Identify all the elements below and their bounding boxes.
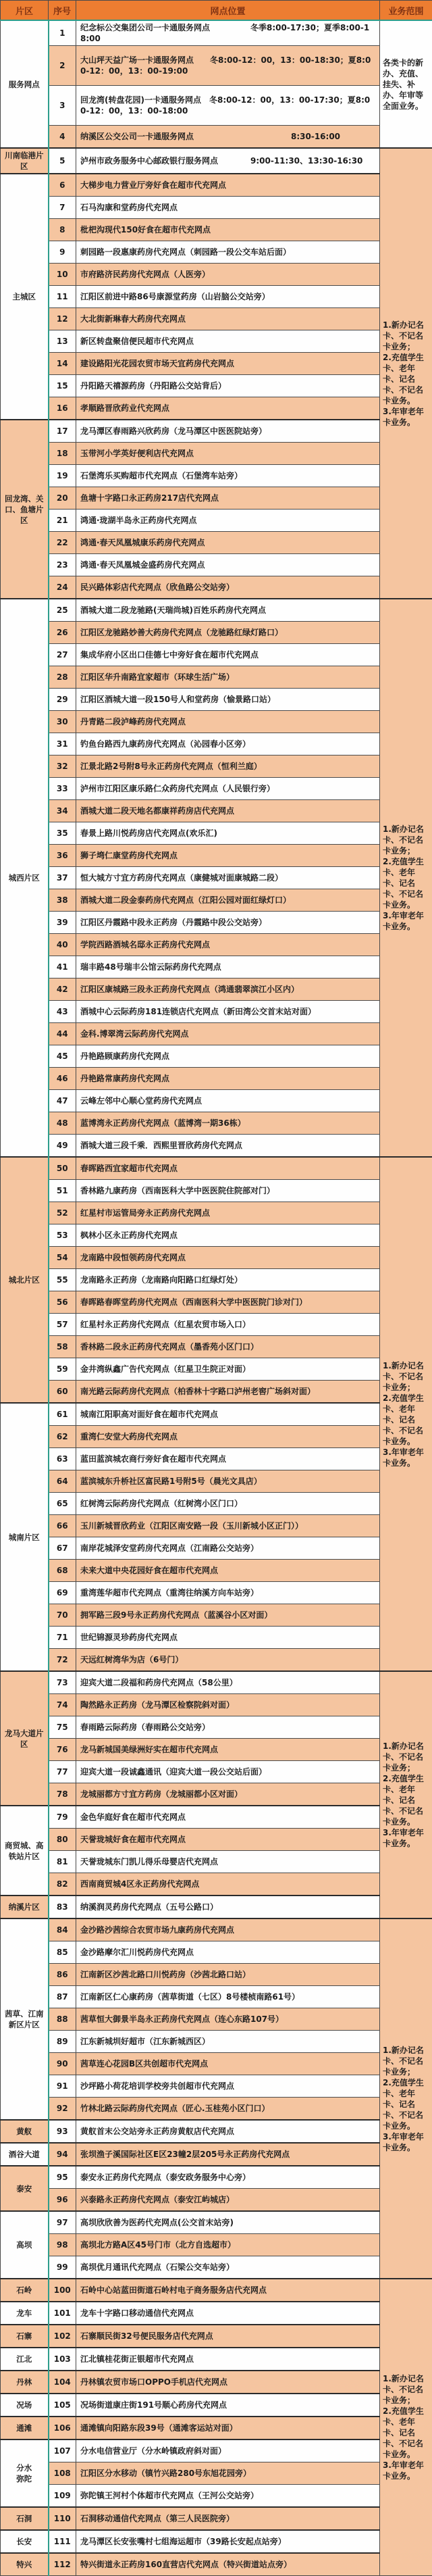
district-cell: 黄舣 — [1, 2120, 49, 2143]
table-row: 90茜草连心花园B区共创超市代充网点 — [1, 2053, 432, 2075]
location-cell: 金色华庭好食在超市代充网点 — [76, 1806, 380, 1829]
district-cell: 丹林 — [1, 2371, 49, 2394]
location-cell: 江阳区前进中路86号康源堂药房（山岩脑公交站旁） — [76, 286, 380, 308]
row-number-cell: 12 — [49, 308, 76, 330]
row-number-cell: 84 — [49, 1918, 76, 1941]
row-number-cell: 29 — [49, 689, 76, 711]
table-row: 39江阳区丹霞路中段永正药房（丹霞路中段公交站旁） — [1, 912, 432, 934]
table-row: 57红星村永正药房代充网点（红星农贸市场入口） — [1, 1314, 432, 1336]
row-number-cell: 17 — [49, 420, 76, 443]
row-number-cell: 39 — [49, 912, 76, 934]
location-cell: 龙马新城国美绿洲好实在超市代充网点 — [76, 1739, 380, 1761]
row-number-cell: 111 — [49, 2530, 76, 2553]
location-cell: 龙马潭区春雨路兴欣药房（龙马潭区中医医院站旁） — [76, 420, 380, 443]
row-number-cell: 76 — [49, 1739, 76, 1761]
location-cell: 江阳区康城路三段永正药房代充网点（鸿通翡翠滨江小区内） — [76, 979, 380, 1001]
location-cell: 石寨顺民街32号便民服务店代充网点 — [76, 2325, 380, 2348]
location-cell: 龙南路中段恒领药房代充网点 — [76, 1247, 380, 1269]
table-row: 主城区6大梯步电力营业厅旁好食在超市代充网点 — [1, 174, 432, 197]
row-number-cell: 58 — [49, 1336, 76, 1358]
location-cell: 学院西路酒城名邸永正药房代充网点 — [76, 934, 380, 956]
location-cell: 南岸花城泽安堂药房代充网点（江南路公交站旁） — [76, 1537, 380, 1560]
row-number-cell: 28 — [49, 666, 76, 689]
location-cell: 丹艳路顾康药房代充网点 — [76, 1045, 380, 1068]
district-cell: 服务网点 — [1, 20, 49, 148]
location-cell: 恒大城方寸宜方药房代充网点（康健城对面康城路二段） — [76, 867, 380, 889]
location-cell: 龙车十字路口移动通信代充网点 — [76, 2302, 380, 2325]
row-number-cell: 44 — [49, 1023, 76, 1045]
row-number-cell: 65 — [49, 1493, 76, 1515]
row-number-cell: 49 — [49, 1135, 76, 1158]
table-row: 41瑞丰路48号瑞丰公馆云际药房代充网点 — [1, 956, 432, 979]
table-row: 91沙坪路小荷花培训学校旁共创超市代充网点 — [1, 2075, 432, 2098]
table-row: 15丹阳路天禧源药房（丹阳路公交站背后） — [1, 375, 432, 397]
table-row: 60南光路云际药房代充网点（柏香林十字路口泸州老窖广场斜对面） — [1, 1381, 432, 1404]
location-cell: 酒城大道二段龙驰路(天瑞尚城)百姓乐药房代充网点 — [76, 599, 380, 622]
row-number-cell: 23 — [49, 554, 76, 576]
table-row: 32江景北路2号附8号永正药房代充网点（恒利兰庭） — [1, 756, 432, 778]
row-number-cell: 105 — [49, 2394, 76, 2417]
header-location: 网点位置 — [76, 1, 380, 21]
location-cell: 纳溪润灵药房代充网点（五号公路口） — [76, 1896, 380, 1918]
row-number-cell: 42 — [49, 979, 76, 1001]
location-cell: 玉带河小学英好便利店代充网点 — [76, 443, 380, 465]
row-number-cell: 25 — [49, 599, 76, 622]
location-cell: 重湾仁安堂大药房代充网点 — [76, 1426, 380, 1448]
location-cell: 大北街新琳春大药房代充网点 — [76, 308, 380, 330]
row-number-cell: 54 — [49, 1247, 76, 1269]
table-row: 16孝顺路晋欣药业代充网点 — [1, 397, 432, 420]
table-row: 55龙南路永正药房（龙南路向阳路口红绿灯处） — [1, 1269, 432, 1291]
location-cell: 刺园路一段惠康药房代充网点（刺园路一段公交车站后面） — [76, 241, 380, 264]
table-row: 96兴泰路永正药房代充网点（泰安江屿城店） — [1, 2189, 432, 2212]
row-number-cell: 16 — [49, 397, 76, 420]
scope-cell: 各类卡的新办、充值、挂失、补办、年审等全面业务。 — [380, 20, 432, 148]
table-row: 98高坝北方路A区45号门市（北方自选超市） — [1, 2234, 432, 2256]
table-row: 4纳溪区公交公司一卡通服务网点 8:30-16:00 — [1, 126, 432, 149]
location-cell: 集成华府小区出口佳德七中旁好食在超市代充网点 — [76, 644, 380, 666]
row-number-cell: 43 — [49, 1001, 76, 1023]
table-row: 49酒城大道三段千乘．西熙里晋欣药房代充网点 — [1, 1135, 432, 1158]
location-cell: 黄舣首末公交站旁永正药房黄舣店代充网点 — [76, 2120, 380, 2143]
location-cell: 高坝北方路A区45号门市（北方自选超市） — [76, 2234, 380, 2256]
table-row: 42江阳区康城路三段永正药房代充网点（鸿通翡翠滨江小区内） — [1, 979, 432, 1001]
location-cell: 泸州市江阳区康乐路仁众药房代充网点（人民银行旁） — [76, 778, 380, 800]
row-number-cell: 34 — [49, 800, 76, 822]
scope-cell: 1.新办记名卡、不记名卡业务； 2.充值学生卡、老年卡、记名卡、不记名卡业务。 … — [380, 1918, 432, 2279]
row-number-cell: 32 — [49, 756, 76, 778]
location-cell: 鸿通·春天凤凰城康乐药房代充网点 — [76, 532, 380, 554]
row-number-cell: 24 — [49, 576, 76, 599]
row-number-cell: 77 — [49, 1761, 76, 1783]
row-number-cell: 66 — [49, 1515, 76, 1537]
row-number-cell: 81 — [49, 1851, 76, 1873]
row-number-cell: 68 — [49, 1560, 76, 1582]
location-cell: 丹艳路常康药房代充网点 — [76, 1068, 380, 1090]
table-row: 109弥陀镇王河村个体超市代充网点（王河公交站旁） — [1, 2485, 432, 2508]
district-cell: 石寨 — [1, 2325, 49, 2348]
district-cell: 长安 — [1, 2530, 49, 2553]
table-row: 23鸿通·春天凤凰城金盛药房代充网点 — [1, 554, 432, 576]
table-row: 30丹青路二段泸峰药房代充网点 — [1, 711, 432, 733]
location-cell: 蓝滨城东升桥社区富民路1号附5号（晨光文具店） — [76, 1470, 380, 1493]
table-row: 76龙马新城国美绿洲好实在超市代充网点 — [1, 1739, 432, 1761]
location-cell: 泸州市政务服务中心邮政银行服务网点 9:00-11:30、13:30-16:30 — [76, 148, 380, 174]
district-cell: 况场 — [1, 2394, 49, 2417]
table-row: 石岭100石岭中心站蓝田街道石岭村电子商务服务店代充网点1.新办记名卡、不记名卡… — [1, 2279, 432, 2302]
location-cell: 江景北路2号附8号永正药房代充网点（恒利兰庭） — [76, 756, 380, 778]
row-number-cell: 60 — [49, 1381, 76, 1404]
location-cell: 香林路二段永正药房代充网点（墨香苑小区门口） — [76, 1336, 380, 1358]
table-row: 72天远红树湾华为店（6号门） — [1, 1649, 432, 1672]
scope-cell: 1.新办记名卡、不记名卡业务； 2.充值学生卡、老年卡、记名卡、不记名卡业务。 … — [380, 2279, 432, 2576]
table-row: 44金科.博翠湾云际药房代充网点 — [1, 1023, 432, 1045]
table-row: 酒谷大道94张坝渔子溪国际社区E区23幢2层205号永正药房代充网点 — [1, 2143, 432, 2166]
table-row: 71世纪锦源灵珍药房代充网点 — [1, 1627, 432, 1649]
row-number-cell: 112 — [49, 2553, 76, 2576]
row-number-cell: 2 — [49, 46, 76, 86]
district-cell: 龙车 — [1, 2302, 49, 2325]
table-row: 3回龙湾(转盘花园)一卡通服务网点 冬8:00-12：00，13：00-17:3… — [1, 86, 432, 126]
table-row: 58香林路二段永正药房代充网点（墨香苑小区门口） — [1, 1336, 432, 1358]
location-cell: 石马沟康和堂药房代充网点 — [76, 197, 380, 219]
header-district: 片区 — [1, 1, 49, 21]
row-number-cell: 19 — [49, 465, 76, 487]
location-cell: 回龙湾(转盘花园)一卡通服务网点 冬8:00-12：00，13：00-17:30… — [76, 86, 380, 126]
row-number-cell: 10 — [49, 264, 76, 286]
location-cell: 况场街道康庄街191号顺心药房代充网点 — [76, 2394, 380, 2417]
row-number-cell: 3 — [49, 86, 76, 126]
location-cell: 高坝优月通讯代充网点（石梁公交车站旁） — [76, 2256, 380, 2279]
table-row: 服务网点1纪念标公交集团公司一卡通服务网点 冬季8:00-17:30；夏季8:0… — [1, 20, 432, 46]
table-row: 龙车101龙车十字路口移动通信代充网点 — [1, 2302, 432, 2325]
location-cell: 市府路济民药房代充网点（人医旁） — [76, 264, 380, 286]
row-number-cell: 101 — [49, 2302, 76, 2325]
table-row: 99高坝优月通讯代充网点（石梁公交车站旁） — [1, 2256, 432, 2279]
row-number-cell: 78 — [49, 1783, 76, 1806]
location-cell: 酒城中心云际药房181连锁店代充网点（新田湾公交首末站对面） — [76, 1001, 380, 1023]
row-number-cell: 8 — [49, 219, 76, 241]
location-cell: 鸿通·珑湖半岛永正药房代充网点 — [76, 510, 380, 532]
row-number-cell: 80 — [49, 1829, 76, 1851]
location-cell: 高坝欣欣善为医药代充网点(公交首末站旁) — [76, 2211, 380, 2234]
table-row: 茜草、江南新区片区84金沙路沙茜综合农贸市场九康药房代充网点1.新办记名卡、不记… — [1, 1918, 432, 1941]
row-number-cell: 51 — [49, 1180, 76, 1202]
table-row: 77迎宾大道一段诚鑫通讯（迎宾大道一段公交站后面） — [1, 1761, 432, 1783]
location-cell: 春景上路川悦药房店代充网点(欢乐汇) — [76, 822, 380, 845]
table-row: 68未来大道中央花园好食在超市代充网点 — [1, 1560, 432, 1582]
location-cell: 江阳区华升南路宜家超市（环球生活广场） — [76, 666, 380, 689]
table-row: 20鱼塘十字路口永正药房217店代充网点 — [1, 487, 432, 510]
table-row: 59金井湾纵鑫广告代充网点（红星卫生院正对面） — [1, 1358, 432, 1381]
district-cell: 川南临港片区 — [1, 148, 49, 174]
location-cell: 香林路九康药房（西南医科大学中医医院住院部对门） — [76, 1180, 380, 1202]
row-number-cell: 67 — [49, 1537, 76, 1560]
row-number-cell: 9 — [49, 241, 76, 264]
row-number-cell: 41 — [49, 956, 76, 979]
district-cell: 回龙湾、关口、鱼塘片区 — [1, 420, 49, 599]
row-number-cell: 7 — [49, 197, 76, 219]
row-number-cell: 109 — [49, 2485, 76, 2508]
district-cell: 江北 — [1, 2348, 49, 2371]
location-cell: 枫林小区永正药房代充网点 — [76, 1224, 380, 1247]
location-cell: 玉川新城晋欣药业（江阳区南安路一段（玉川新城小区正门）） — [76, 1515, 380, 1537]
table-row: 丹林104丹林镇农贸市场口OPPO手机店代充网点 — [1, 2371, 432, 2394]
location-cell: 江北镇桂花街正银超市代充网点 — [76, 2348, 380, 2371]
location-cell: 酒城大道三段千乘．西熙里晋欣药房代充网点 — [76, 1135, 380, 1158]
row-number-cell: 48 — [49, 1112, 76, 1135]
row-number-cell: 11 — [49, 286, 76, 308]
location-cell: 纳溪区公交公司一卡通服务网点 8:30-16:00 — [76, 126, 380, 149]
location-cell: 通滩镇向阳路东段39号（通滩客运站对面） — [76, 2417, 380, 2439]
row-number-cell: 91 — [49, 2075, 76, 2098]
district-cell: 分水 弥陀 — [1, 2439, 49, 2507]
row-number-cell: 75 — [49, 1716, 76, 1739]
table-row: 86江南新区沙茜北路口川悦药房（沙茜北路口站） — [1, 1964, 432, 1986]
table-row: 况场105况场街道康庄街191号顺心药房代充网点 — [1, 2394, 432, 2417]
scope-cell: 1.新办记名卡、不记名卡业务； 2.充值学生卡、老年卡、记名卡、不记名卡业务。 … — [380, 148, 432, 599]
district-cell: 主城区 — [1, 174, 49, 420]
row-number-cell: 52 — [49, 1202, 76, 1224]
row-number-cell: 93 — [49, 2120, 76, 2143]
table-row: 33泸州市江阳区康乐路仁众药房代充网点（人民银行旁） — [1, 778, 432, 800]
table-row: 川南临港片区5泸州市政务服务中心邮政银行服务网点 9:00-11:30、13:3… — [1, 148, 432, 174]
location-cell: 石岭中心站蓝田街道石岭村电子商务服务店代充网点 — [76, 2279, 380, 2302]
location-cell: 鱼塘十字路口永正药房217店代充网点 — [76, 487, 380, 510]
row-number-cell: 100 — [49, 2279, 76, 2302]
table-row: 47云峰左邻中心顺心堂药房代充网点 — [1, 1090, 432, 1112]
table-row: 46丹艳路常康药房代充网点 — [1, 1068, 432, 1090]
table-row: 18玉带河小学英好便利店代充网点 — [1, 443, 432, 465]
location-cell: 茜草连心花园B区共创超市代充网点 — [76, 2053, 380, 2075]
table-row: 22鸿通·春天凤凰城康乐药房代充网点 — [1, 532, 432, 554]
district-cell: 特兴 — [1, 2553, 49, 2576]
table-row: 45丹艳路顾康药房代充网点 — [1, 1045, 432, 1068]
district-cell: 泰安 — [1, 2166, 49, 2211]
row-number-cell: 47 — [49, 1090, 76, 1112]
location-cell: 石洞移动通信代充网点（第三人民医院旁） — [76, 2507, 380, 2530]
row-number-cell: 37 — [49, 867, 76, 889]
scope-cell: 1.新办记名卡、不记名卡业务； 2.充值学生卡、老年卡、记名卡、不记名卡业务。 … — [380, 1157, 432, 1671]
table-row: 43酒城中心云际药房181连锁店代充网点（新田湾公交首末站对面） — [1, 1001, 432, 1023]
row-number-cell: 104 — [49, 2371, 76, 2394]
row-number-cell: 90 — [49, 2053, 76, 2075]
table-row: 商贸城、高铁站片区79金色华庭好食在超市代充网点 — [1, 1806, 432, 1829]
table-row: 28江阳区华升南路宜家超市（环球生活广场） — [1, 666, 432, 689]
row-number-cell: 56 — [49, 1291, 76, 1314]
row-number-cell: 6 — [49, 174, 76, 197]
table-row: 石寨102石寨顺民街32号便民服务店代充网点 — [1, 2325, 432, 2348]
row-number-cell: 14 — [49, 353, 76, 375]
table-row: 城南片区61城南江阳职高对面好食在超市代充网点 — [1, 1403, 432, 1426]
table-row: 53枫林小区永正药房代充网点 — [1, 1224, 432, 1247]
table-row: 81天誉珑城东门凯儿得乐母婴店代充网点 — [1, 1851, 432, 1873]
row-number-cell: 38 — [49, 889, 76, 912]
location-cell: 石堡湾乐买购超市代充网点（石堡湾车站旁） — [76, 465, 380, 487]
row-number-cell: 89 — [49, 2031, 76, 2053]
row-number-cell: 107 — [49, 2439, 76, 2462]
row-number-cell: 57 — [49, 1314, 76, 1336]
district-cell: 通滩 — [1, 2417, 49, 2439]
table-row: 36狮子塆仁康堂药房代充网点 — [1, 845, 432, 867]
location-cell: 鸿通·春天凤凰城金盛药房代充网点 — [76, 554, 380, 576]
table-row: 64蓝滨城东升桥社区富民路1号附5号（晨光文具店） — [1, 1470, 432, 1493]
table-row: 75春雨路云际药房（春雨路公交站旁） — [1, 1716, 432, 1739]
scope-cell: 1.新办记名卡、不记名卡业务； 2.充值学生卡、老年卡、记名卡、不记名卡业务。 … — [380, 599, 432, 1157]
row-number-cell: 26 — [49, 622, 76, 644]
row-number-cell: 30 — [49, 711, 76, 733]
table-row: 48蓝博湾永正药房代充网点（蓝博湾一期36栋） — [1, 1112, 432, 1135]
row-number-cell: 50 — [49, 1157, 76, 1180]
row-number-cell: 46 — [49, 1068, 76, 1090]
table-row: 11江阳区前进中路86号康源堂药房（山岩脑公交站旁） — [1, 286, 432, 308]
row-number-cell: 64 — [49, 1470, 76, 1493]
row-number-cell: 87 — [49, 1986, 76, 2008]
table-row: 21鸿通·珑湖半岛永正药房代充网点 — [1, 510, 432, 532]
row-number-cell: 83 — [49, 1896, 76, 1918]
table-row: 62重湾仁安堂大药房代充网点 — [1, 1426, 432, 1448]
table-row: 10市府路济民药房代充网点（人医旁） — [1, 264, 432, 286]
row-number-cell: 21 — [49, 510, 76, 532]
table-header: 片区 序号 网点位置 业务范围 — [1, 1, 432, 21]
row-number-cell: 86 — [49, 1964, 76, 1986]
location-cell: 红星村市运管局旁永正药房代充网点 — [76, 1202, 380, 1224]
table-row: 19石堡湾乐买购超市代充网点（石堡湾车站旁） — [1, 465, 432, 487]
scope-cell: 1.新办记名卡、不记名卡业务； 2.充值学生卡、老年卡、记名卡、不记名卡业务。 … — [380, 1671, 432, 1918]
row-number-cell: 74 — [49, 1694, 76, 1716]
table-row: 38酒城大道二段金泰药房代充网点（江阳公园对面红绿灯口） — [1, 889, 432, 912]
location-cell: 张坝渔子溪国际社区E区23幢2层205号永正药房代充网点 — [76, 2143, 380, 2166]
row-number-cell: 53 — [49, 1224, 76, 1247]
location-cell: 南光路云际药房代充网点（柏香林十字路口泸州老窖广场斜对面） — [76, 1381, 380, 1404]
location-cell: 春晖路西宜家超市代充网点 — [76, 1157, 380, 1180]
location-cell: 茜草恒大御景半岛永正药房代充网点（连心东路107号） — [76, 2008, 380, 2031]
row-number-cell: 55 — [49, 1269, 76, 1291]
location-cell: 建设路阳光花园农贸市场天宜药房代充网点 — [76, 353, 380, 375]
location-cell: 西南商贸城4区永正药房代充网点 — [76, 1873, 380, 1896]
location-cell: 竹林北路云际药房代充网点（匠心.玉桂苑小区门口） — [76, 2098, 380, 2121]
table-row: 74陶然路永正药房（龙马潭区检察院斜对面） — [1, 1694, 432, 1716]
table-row: 泰安95泰安永正药房代充网点（泰安政务服务中心旁） — [1, 2166, 432, 2189]
table-row: 70拥军路三段9号永正药房代充网点（蓝溪谷小区对面） — [1, 1604, 432, 1627]
location-cell: 江南新区仁心康药房（茜草街道（七区）8号楼桢南路61号） — [76, 1986, 380, 2008]
location-cell: 孝顺路晋欣药业代充网点 — [76, 397, 380, 420]
table-row: 89江东新城圳好超市（江东新城西区） — [1, 2031, 432, 2053]
row-number-cell: 31 — [49, 733, 76, 756]
table-row: 27集成华府小区出口佳德七中旁好食在超市代充网点 — [1, 644, 432, 666]
location-cell: 天远红树湾华为店（6号门） — [76, 1649, 380, 1672]
table-row: 特兴112特兴街道永正药房160直营店代充网点（特兴街道站点旁） — [1, 2553, 432, 2576]
location-cell: 江阳区龙驰路妙善大药房代充网点（龙驰路红绿灯路口） — [76, 622, 380, 644]
row-number-cell: 108 — [49, 2462, 76, 2485]
row-number-cell: 36 — [49, 845, 76, 867]
location-cell: 红树湾云际药房代充网点（红树湾小区门口） — [76, 1493, 380, 1515]
row-number-cell: 95 — [49, 2166, 76, 2189]
table-row: 分水 弥陀107分水电信营业厅（分水岭镇政府斜对面） — [1, 2439, 432, 2462]
service-network-table: 片区 序号 网点位置 业务范围 服务网点1纪念标公交集团公司一卡通服务网点 冬季… — [0, 0, 432, 2576]
table-row: 66玉川新城晋欣药业（江阳区南安路一段（玉川新城小区正门）） — [1, 1515, 432, 1537]
location-cell: 金沙路沙茜综合农贸市场九康药房代充网点 — [76, 1918, 380, 1941]
district-cell: 石洞 — [1, 2507, 49, 2530]
location-cell: 丹林镇农贸市场口OPPO手机店代充网点 — [76, 2371, 380, 2394]
location-cell: 拥军路三段9号永正药房代充网点（蓝溪谷小区对面） — [76, 1604, 380, 1627]
location-cell: 金沙路摩尔汇川悦药房代充网点 — [76, 1941, 380, 1964]
district-cell: 城南片区 — [1, 1403, 49, 1671]
location-cell: 龙南路永正药房（龙南路向阳路口红绿灯处） — [76, 1269, 380, 1291]
row-number-cell: 20 — [49, 487, 76, 510]
location-cell: 金井湾纵鑫广告代充网点（红星卫生院正对面） — [76, 1358, 380, 1381]
table-row: 8枇杷沟现代150好食在超市代充网点 — [1, 219, 432, 241]
location-cell: 春雨路云际药房（春雨路公交站旁） — [76, 1716, 380, 1739]
location-cell: 迎宾大道一段诚鑫通讯（迎宾大道一段公交站后面） — [76, 1761, 380, 1783]
location-cell: 蓝博湾永正药房代充网点（蓝博湾一期36栋） — [76, 1112, 380, 1135]
location-cell: 红星村永正药房代充网点（红星农贸市场入口） — [76, 1314, 380, 1336]
row-number-cell: 99 — [49, 2256, 76, 2279]
row-number-cell: 88 — [49, 2008, 76, 2031]
table-row: 29江阳区酒城大道一段150号人和堂药房（愉景路口站） — [1, 689, 432, 711]
location-cell: 蓝田蓝滨城农商行旁好食在超市代充网点 — [76, 1448, 380, 1470]
location-cell: 天誉珑城东门凯儿得乐母婴店代充网点 — [76, 1851, 380, 1873]
table-row: 龙马大道片区73迎宾大道二段福和药房代充网点（58公里）1.新办记名卡、不记名卡… — [1, 1671, 432, 1694]
district-cell: 酒谷大道 — [1, 2143, 49, 2166]
district-cell: 高坝 — [1, 2211, 49, 2279]
location-cell: 丹青路二段泸峰药房代充网点 — [76, 711, 380, 733]
row-number-cell: 97 — [49, 2211, 76, 2234]
row-number-cell: 35 — [49, 822, 76, 845]
location-cell: 兴泰路永正药房代充网点（泰安江屿城店） — [76, 2189, 380, 2212]
location-cell: 春晖路春晖堂药房代充网点（西南医科大学中医医院门诊对门） — [76, 1291, 380, 1314]
location-cell: 龙城丽都方寸宜方药房（龙城丽都小区对面） — [76, 1783, 380, 1806]
row-number-cell: 27 — [49, 644, 76, 666]
row-number-cell: 73 — [49, 1671, 76, 1694]
table-row: 34酒城大道二段天地名都康祥药房店代充网点 — [1, 800, 432, 822]
table-row: 35春景上路川悦药房店代充网点(欢乐汇) — [1, 822, 432, 845]
row-number-cell: 96 — [49, 2189, 76, 2212]
table-row: 37恒大城方寸宜方药房代充网点（康健城对面康城路二段） — [1, 867, 432, 889]
table-row: 88茜草恒大御景半岛永正药房代充网点（连心东路107号） — [1, 2008, 432, 2031]
district-cell: 纳溪片区 — [1, 1896, 49, 1918]
row-number-cell: 94 — [49, 2143, 76, 2166]
table-row: 80天誉珑城好食在超市代充网点 — [1, 1829, 432, 1851]
table-body: 服务网点1纪念标公交集团公司一卡通服务网点 冬季8:00-17:30；夏季8:0… — [1, 20, 432, 2576]
location-cell: 酒城大道二段天地名都康祥药房店代充网点 — [76, 800, 380, 822]
table-row: 51香林路九康药房（西南医科大学中医医院住院部对门） — [1, 1180, 432, 1202]
location-cell: 丹阳路天禧源药房（丹阳路公交站背后） — [76, 375, 380, 397]
location-cell: 未来大道中央花园好食在超市代充网点 — [76, 1560, 380, 1582]
district-cell: 龙马大道片区 — [1, 1671, 49, 1806]
row-number-cell: 79 — [49, 1806, 76, 1829]
location-cell: 大山坪天益广场一卡通服务网点 冬8:00-12：00，13：00-18:30；夏… — [76, 46, 380, 86]
row-number-cell: 72 — [49, 1649, 76, 1672]
table-row: 65红树湾云际药房代充网点（红树湾小区门口） — [1, 1493, 432, 1515]
location-cell: 酒城大道二段金泰药房代充网点（江阳公园对面红绿灯口） — [76, 889, 380, 912]
row-number-cell: 45 — [49, 1045, 76, 1068]
district-cell: 茜草、江南新区片区 — [1, 1918, 49, 2120]
row-number-cell: 63 — [49, 1448, 76, 1470]
table-row: 52红星村市运管局旁永正药房代充网点 — [1, 1202, 432, 1224]
table-row: 12大北街新琳春大药房代充网点 — [1, 308, 432, 330]
row-number-cell: 98 — [49, 2234, 76, 2256]
table-row: 31钓鱼台路西九康药房代充网点（沁园春小区旁） — [1, 733, 432, 756]
location-cell: 新区转盘聚信便民超市代充网点 — [76, 330, 380, 353]
location-cell: 迎宾大道二段福和药房代充网点（58公里） — [76, 1671, 380, 1694]
district-cell: 石岭 — [1, 2279, 49, 2302]
row-number-cell: 85 — [49, 1941, 76, 1964]
row-number-cell: 69 — [49, 1582, 76, 1604]
location-cell: 城南江阳职高对面好食在超市代充网点 — [76, 1403, 380, 1426]
table-row: 城北片区50春晖路西宜家超市代充网点1.新办记名卡、不记名卡业务； 2.充值学生… — [1, 1157, 432, 1180]
row-number-cell: 82 — [49, 1873, 76, 1896]
